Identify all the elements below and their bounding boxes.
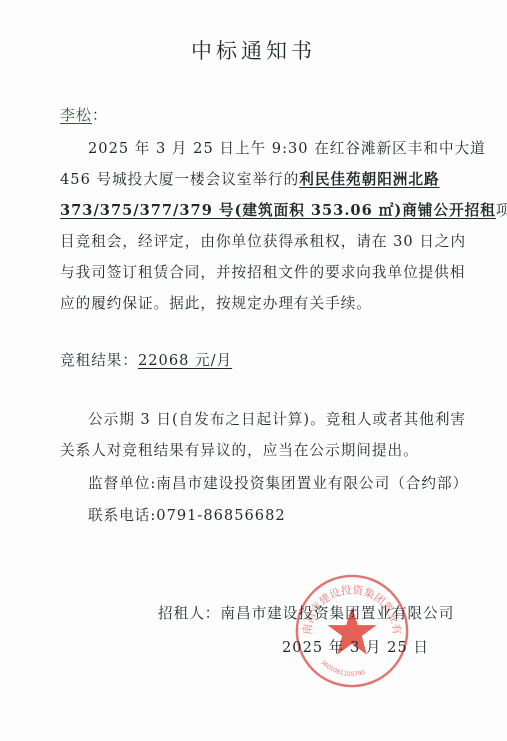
paragraph1-line5: 与我司签订租赁合同，并按招租文件的要求向我单位提供相: [60, 261, 465, 282]
line2-prefix: 456 号城投大厦一楼会议室举行的: [60, 171, 299, 188]
supervisor-line: 监督单位:南昌市建设投资集团置业有限公司（合约部）: [88, 472, 468, 493]
result-line: 竞租结果：22068 元/月: [60, 349, 232, 370]
svg-text:3601081105790: 3601081105790: [319, 660, 366, 678]
paragraph1-line3: 373/375/377/379 号(建筑面积 353.06 ㎡)商铺公开招租项: [60, 199, 507, 220]
paragraph1-line4: 目竞租会，经评定，由你单位获得承租权，请在 30 日之内: [60, 230, 466, 251]
date-line: 2025 年 3 月 25 日: [282, 636, 429, 657]
official-seal-icon: 南昌市建设投资集团置业有限公司 3601081105790: [293, 572, 411, 690]
recipient-line: 李松：: [60, 104, 108, 125]
contact-line: 联系电话:0791-86856682: [88, 504, 286, 525]
recipient-colon: ：: [92, 107, 108, 124]
paragraph1-line2: 456 号城投大厦一楼会议室举行的利民佳苑朝阳洲北路: [60, 168, 440, 189]
document-title: 中标通知书: [0, 35, 507, 65]
recipient-name: 李松: [60, 106, 92, 124]
paragraph2-line2: 关系人对竞租结果有异议的，应当在公示期间提出。: [60, 439, 419, 460]
result-value: 22068 元/月: [138, 352, 232, 369]
project-name-part1: 利民佳苑朝阳洲北路: [299, 171, 439, 188]
paragraph2-line1: 公示期 3 日(自发布之日起计算)。竞租人或者其他利害: [88, 408, 466, 429]
lessor-line: 招租人：南昌市建设投资集团置业有限公司: [158, 602, 454, 623]
line3-suffix: 项: [496, 202, 507, 219]
project-name-part2: 373/375/377/379 号(建筑面积 353.06 ㎡)商铺公开招租: [60, 202, 496, 219]
paragraph1-line6: 应的履约保证。据此，按规定办理有关手续。: [60, 292, 372, 313]
result-label: 竞租结果：: [60, 352, 138, 369]
paragraph1-line1: 2025 年 3 月 25 日上午 9:30 在红谷滩新区丰和中大道: [88, 137, 486, 158]
